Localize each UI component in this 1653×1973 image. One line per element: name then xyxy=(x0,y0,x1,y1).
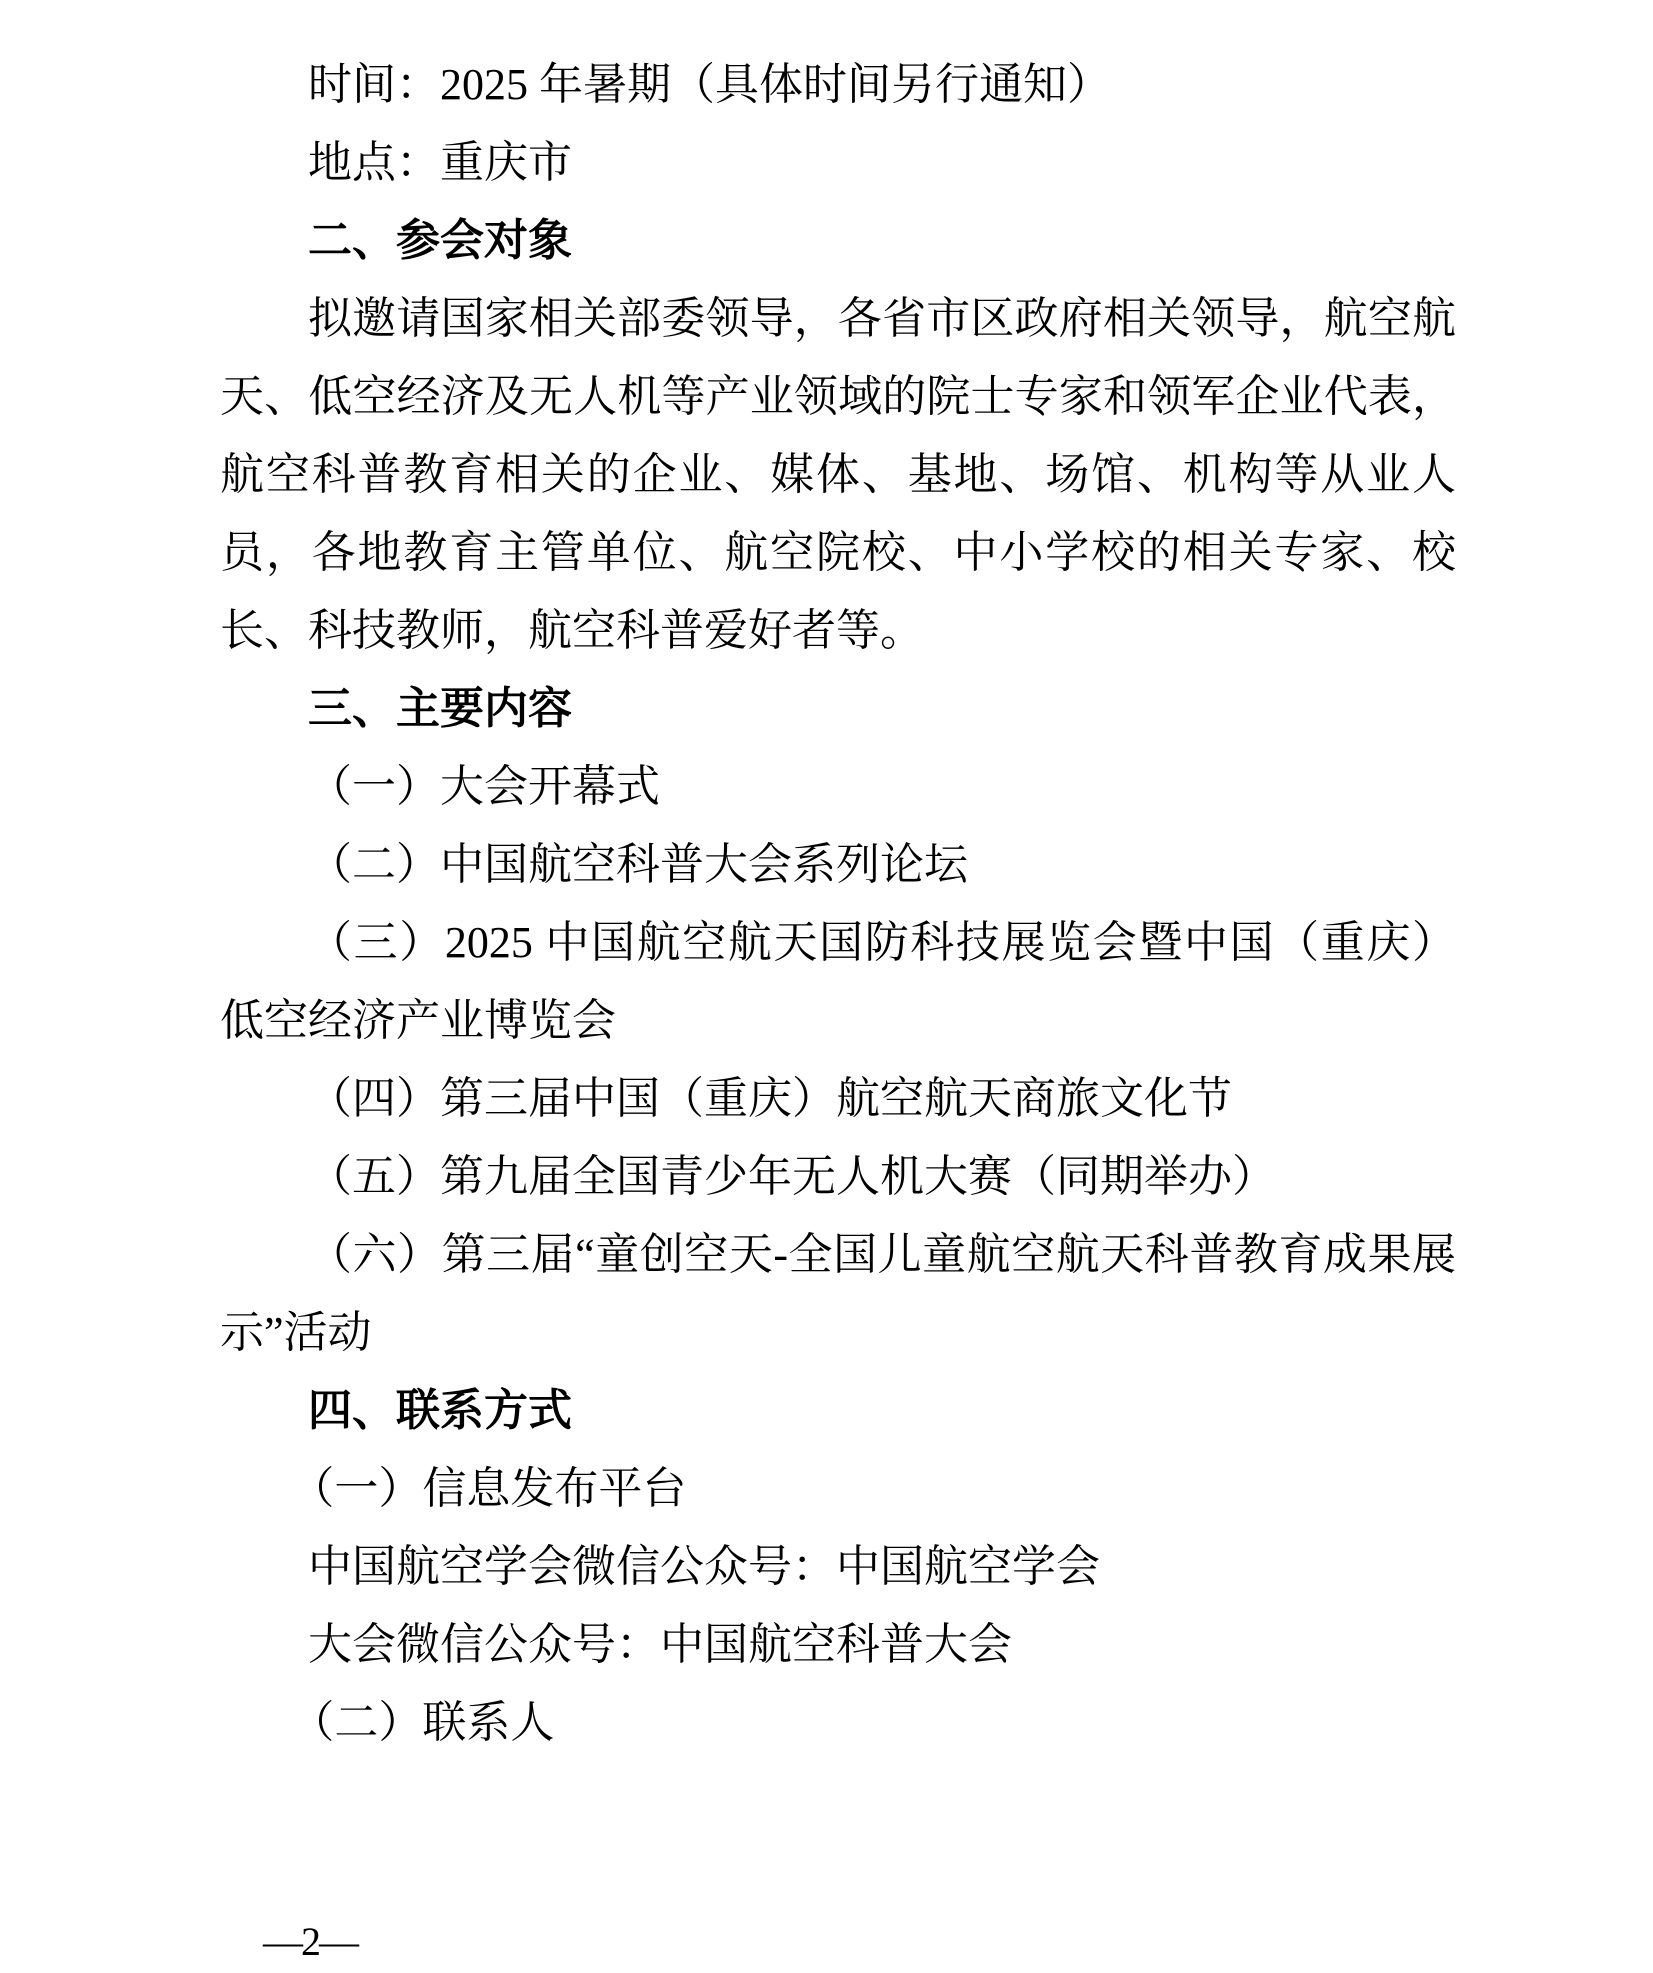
section-heading-participants: 二、参会对象 xyxy=(220,202,1456,280)
section-heading-main-content: 三、主要内容 xyxy=(220,670,1456,748)
content-item-1: （一）大会开幕式 xyxy=(220,748,1456,826)
contact-subheading-info-platform: （一）信息发布平台 xyxy=(220,1450,1456,1528)
contact-subheading-contacts: （二）联系人 xyxy=(220,1684,1456,1762)
platform-line-caas-wechat: 中国航空学会微信公众号：中国航空学会 xyxy=(220,1528,1456,1606)
platform-line-conference-wechat: 大会微信公众号：中国航空科普大会 xyxy=(220,1606,1456,1684)
document-page: 时间：2025 年暑期（具体时间另行通知） 地点：重庆市 二、参会对象 拟邀请国… xyxy=(0,0,1653,1973)
document-body: 时间：2025 年暑期（具体时间另行通知） 地点：重庆市 二、参会对象 拟邀请国… xyxy=(220,46,1456,1762)
participants-paragraph: 拟邀请国家相关部委领导，各省市区政府相关领导，航空航天、低空经济及无人机等产业领… xyxy=(220,280,1456,670)
content-item-5: （五）第九届全国青少年无人机大赛（同期举办） xyxy=(220,1138,1456,1216)
meta-line-location: 地点：重庆市 xyxy=(220,124,1456,202)
section-heading-contact: 四、联系方式 xyxy=(220,1372,1456,1450)
meta-line-time: 时间：2025 年暑期（具体时间另行通知） xyxy=(220,46,1456,124)
page-number: —2— xyxy=(263,1920,357,1964)
content-item-2: （二）中国航空科普大会系列论坛 xyxy=(220,826,1456,904)
content-item-3: （三）2025 中国航空航天国防科技展览会暨中国（重庆）低空经济产业博览会 xyxy=(220,904,1456,1060)
content-item-4: （四）第三届中国（重庆）航空航天商旅文化节 xyxy=(220,1060,1456,1138)
content-item-6: （六）第三届“童创空天-全国儿童航空航天科普教育成果展示”活动 xyxy=(220,1216,1456,1372)
